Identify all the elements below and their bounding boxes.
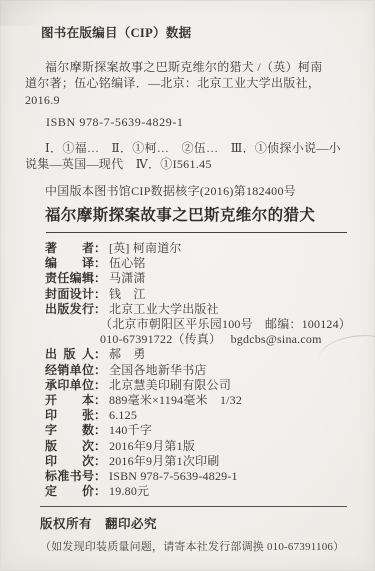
info-colon: ： [94,287,106,302]
info-value: 19.80元 [109,484,149,499]
info-value: 伍心铭 [109,256,146,271]
info-label: 封面设计 [45,287,94,302]
book-title: 福尔摩斯探案故事之巴斯克维尔的猎犬 [45,203,347,225]
info-colon: ： [94,363,106,378]
info-row-publisher-person: 出版人：郝 勇 [45,347,347,362]
info-label: 经销单位 [45,363,94,378]
info-value: 2016年9月第1次印刷 [109,454,219,469]
info-colon: ： [94,439,106,454]
info-label: 印张 [45,408,94,423]
info-value: 钱 江 [109,287,146,302]
info-colon: ： [94,271,106,286]
cip-paragraph-line: 2016.9 [25,92,347,109]
info-label: 印次 [45,454,94,469]
info-row-distributor: 经销单位：全国各地新华书店 [45,363,347,378]
publisher-address: （北京市朝阳区平乐园100号 邮编：100124） [45,317,347,332]
cip-paragraph-line: 道尔著；伍心铭编译．—北京：北京工业大学出版社， [25,75,347,92]
cip-heading: 图书在版编目（CIP）数据 [25,25,347,42]
info-colon: ： [94,393,106,408]
info-value: 6.125 [109,408,137,423]
info-row-author: 著者：[英] 柯南道尔 [45,241,347,256]
info-row-cover-design: 封面设计：钱 江 [45,287,347,302]
info-row-edition: 版次：2016年9月第1版 [45,439,347,454]
info-colon: ： [94,484,106,499]
info-label: 出版人 [45,347,94,362]
info-colon: ： [94,469,106,484]
info-colon: ： [94,423,106,438]
info-label: 编译 [45,256,94,271]
info-row-sheets: 印张：6.125 [45,408,347,423]
publication-info-list: 著者：[英] 柯南道尔 编译：伍心铭 责任编辑：马潇潇 封面设计：钱 江 出版发… [45,241,347,499]
info-colon: ： [94,302,106,317]
info-value: 马潇潇 [109,271,146,286]
info-label: 定价 [45,484,94,499]
info-row-impression: 印次：2016年9月第1次印刷 [45,454,347,469]
info-value: 北京慧美印刷有限公司 [109,378,231,393]
colophon-section: 福尔摩斯探案故事之巴斯克维尔的猎犬 著者：[英] 柯南道尔 编译：伍心铭 责任编… [45,203,347,499]
info-row-publisher: 出版发行：北京工业大学出版社 [45,302,347,317]
info-row-translator: 编译：伍心铭 [45,256,347,271]
info-value: 北京工业大学出版社 [109,302,219,317]
info-colon: ： [94,454,106,469]
info-value: 889毫米×1194毫米 1/32 [109,393,242,408]
copyright-notice: 版权所有 翻印必究 [40,514,347,532]
info-row-wordcount: 字数：140千字 [45,423,347,438]
info-colon: ： [94,378,106,393]
info-label: 字数 [45,423,94,438]
info-row-printer: 承印单位：北京慧美印刷有限公司 [45,378,347,393]
cip-paragraph-line: 福尔摩斯探案故事之巴斯克维尔的猎犬 /（英）柯南 [25,59,347,76]
info-label: 责任编辑 [45,271,94,286]
info-label: 著者 [45,241,94,256]
info-row-format: 开本：889毫米×1194毫米 1/32 [45,393,347,408]
info-row-price: 定价：19.80元 [45,484,347,499]
footer-section: 版权所有 翻印必究 （如发现印装质量问题，请寄本社发行部调换 010-67391… [40,506,347,554]
scan-shadow-artifact [0,0,80,26]
copyright-page: 图书在版编目（CIP）数据 福尔摩斯探案故事之巴斯克维尔的猎犬 /（英）柯南 道… [0,0,375,571]
info-value: 2016年9月第1版 [109,439,195,454]
info-value: 郝 勇 [109,347,146,362]
info-value: 140千字 [109,423,152,438]
info-colon: ： [94,241,106,256]
publisher-contact: 010-67391722（传真） bgdcbs@sina.com [45,332,347,347]
info-colon: ： [94,256,106,271]
info-label: 开本 [45,393,94,408]
info-label: 版次 [45,439,94,454]
info-row-isbn: 标准书号：ISBN 978-7-5639-4829-1 [45,469,347,484]
info-label: 承印单位 [45,378,94,393]
info-row-editor: 责任编辑：马潇潇 [45,271,347,286]
info-colon: ： [94,347,106,362]
quality-exchange-note: （如发现印装质量问题，请寄本社发行部调换 010-67391106） [40,538,347,554]
cip-isbn: ISBN 978-7-5639-4829-1 [25,114,347,131]
title-divider [46,232,347,233]
cip-section: 图书在版编目（CIP）数据 福尔摩斯探案故事之巴斯克维尔的猎犬 /（英）柯南 道… [25,25,347,199]
cip-classification-line: Ⅰ．①福… Ⅱ．①柯… ②伍… Ⅲ．①侦探小说—小 [25,140,347,157]
cip-classification-line: 说集—英国—现代 Ⅳ．①I561.45 [25,156,347,173]
info-label: 标准书号 [45,469,94,484]
info-value: 全国各地新华书店 [109,363,207,378]
info-value: [英] 柯南道尔 [109,241,182,256]
info-colon: ： [94,408,106,423]
info-value: ISBN 978-7-5639-4829-1 [109,469,238,484]
cip-record-number: 中国版本图书馆CIP数据核字(2016)第182400号 [25,183,347,200]
info-label: 出版发行 [45,302,94,317]
